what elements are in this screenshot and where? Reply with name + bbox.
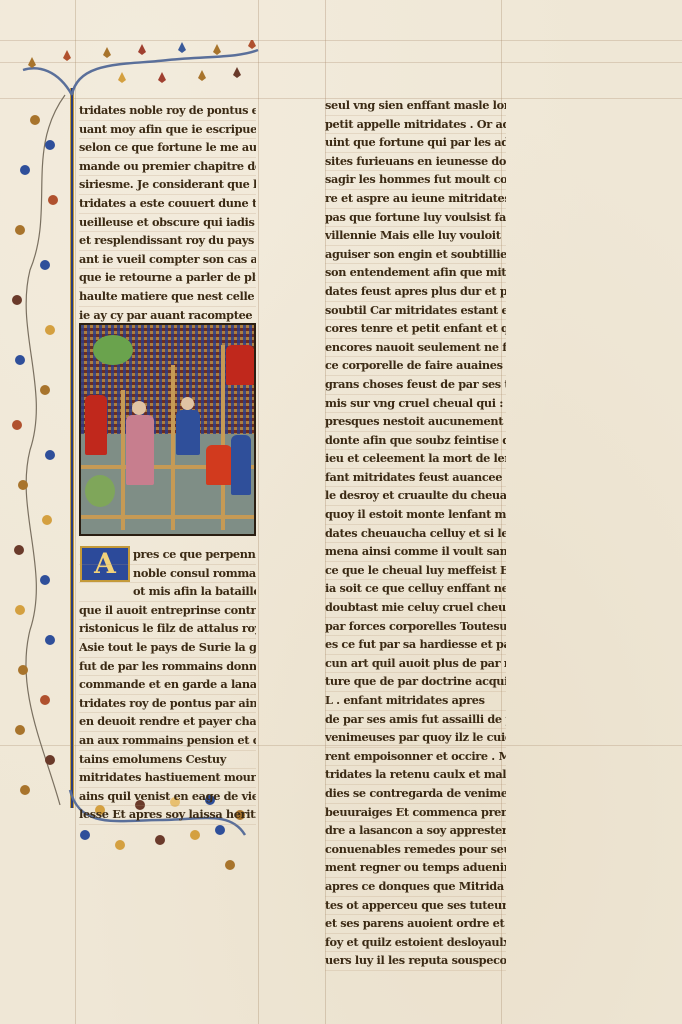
text-line: cun art quil auoit plus de par na: [325, 655, 506, 674]
shrub: [85, 475, 115, 507]
text-line: ce que le cheual luy meffeist Et: [325, 562, 506, 581]
text-line: dates cheuaucha celluy et si le de: [325, 525, 506, 544]
text-line: re et aspre au ieune mitridates No: [325, 190, 506, 209]
text-line: ristonicus le filz de attalus roy de: [79, 620, 256, 639]
figure-robed-man: [126, 415, 154, 485]
text-line: cores tenre et petit enfant et qui: [325, 320, 506, 339]
text-line: donte afin que soubz feintise de :: [325, 432, 506, 451]
text-line: an aux rommains pension et cer: [79, 732, 256, 751]
text-line: mis sur vng cruel cheual qui :: [325, 395, 506, 414]
text-line: ieu et celeement la mort de len: [325, 450, 506, 469]
text-line: de par ses amis fut assailli de poisons: [325, 711, 506, 730]
text-line: soubtil Car mitridates estant en: [325, 302, 506, 321]
text-line: fant mitridates feust auancee par: [325, 469, 506, 488]
text-line: uant moy afin que ie escripue son cas: [79, 121, 256, 140]
text-line: fut de par les rommains donnee en: [79, 658, 256, 677]
text-line: son entendement afin que mitri: [325, 264, 506, 283]
text-line: que ie retourne a parler de plus :: [79, 269, 256, 288]
text-line: selon ce que fortune le me auoit com: [79, 139, 256, 158]
figure-red-tunic: [226, 345, 254, 385]
text-line: presques nestoit aucunement ;: [325, 413, 506, 432]
text-line: haulte matiere que nest celle que: [79, 288, 256, 307]
text-line: ueilleuse et obscure qui iadis fut cler: [79, 214, 256, 233]
text-line: ia soit ce que celluy enffant ne :: [325, 580, 506, 599]
text-line: rent empoisonner et occire . Mi: [325, 748, 506, 767]
text-line: tains emolumens Cestuy: [79, 751, 256, 770]
text-line: mena ainsi comme il voult sans: [325, 543, 506, 562]
text-line: petit appelle mitridates . Or ad: [325, 116, 506, 135]
text-line: tridates la retenu caulx et mala: [325, 766, 506, 785]
text-line: conuenables remedes pour seure: [325, 841, 506, 860]
text-line: grans choses feust de par ses tutes: [325, 376, 506, 395]
text-line: aguiser son engin et soubtillier :: [325, 246, 506, 265]
palisade-post: [171, 365, 175, 530]
text-line: doubtast mie celuy cruel cheual: [325, 599, 506, 618]
text-line: ce corporelle de faire auaines !: [325, 357, 506, 376]
text-line: quoy il estoit monte lenfant mitri: [325, 506, 506, 525]
figure-head: [181, 397, 194, 410]
text-line: tridates roy de pontus par ainsi quil: [79, 695, 256, 714]
text-line: beuuraiges Et commenca prem: [325, 804, 506, 823]
text-line: Asie tout le pays de Surie la grant: [79, 639, 256, 658]
miniature-painting: [79, 323, 256, 536]
text-line: mitridates hastiuement mourut: [79, 769, 256, 788]
text-line: dates feust apres plus dur et plus: [325, 283, 506, 302]
text-line: ot mis afin la bataille: [79, 583, 256, 602]
text-line: dre a lasancon a soy apprester par: [325, 822, 506, 841]
text-line: mande ou premier chapitre de cellui: [79, 158, 256, 177]
figure-head: [132, 401, 146, 415]
text-line: uers luy il les reputa souspecon: [325, 952, 506, 971]
text-line: sagir les hommes fut moult contrai: [325, 171, 506, 190]
right-column-text: seul vng sien enffant masle lors mis pet…: [325, 97, 506, 971]
figure-blue-cloak: [231, 435, 251, 495]
ivy-border-left: [5, 90, 75, 810]
text-line: ant ie vueil compter son cas afin :: [79, 251, 256, 270]
text-line: ment regner ou temps aduenir: [325, 859, 506, 878]
text-line: tridates noble roy de pontus est venu de: [79, 102, 256, 121]
text-line: seul vng sien enffant masle lors mis: [325, 97, 506, 116]
text-line: dies se contregarda de venimeux: [325, 785, 506, 804]
text-line: en deuoit rendre et payer chascun :: [79, 713, 256, 732]
text-line: tes ot apperceu que ses tuteurs :: [325, 897, 506, 916]
text-line: commande et en garde a lanacien mi: [79, 676, 256, 695]
text-line: L . enfant mitridates apres: [325, 692, 506, 711]
figure-red-tunic: [206, 445, 232, 485]
text-line: pres ce que perpenna: [79, 546, 256, 565]
tree: [93, 335, 133, 365]
palisade-post: [221, 345, 225, 530]
text-line: pas que fortune luy voulsist faire: [325, 209, 506, 228]
text-line: sites furieuans en ieunesse doit as: [325, 153, 506, 172]
text-line: es ce fut par sa hardiesse et par au: [325, 636, 506, 655]
text-line: apres ce donques que Mitrida: [325, 878, 506, 897]
text-line: encores nauoit seulement ne for: [325, 339, 506, 358]
text-line: noble consul rommai: [79, 565, 256, 584]
manuscript-page: tridates noble roy de pontus est venu de…: [0, 0, 682, 1024]
text-line: et ses parens auoient ordre et male: [325, 915, 506, 934]
text-line: par forces corporelles Toutesuoy: [325, 618, 506, 637]
text-line: lesse Et apres soy laissa heritier: [79, 806, 256, 825]
text-line: ture que de par doctrine acquise .: [325, 673, 506, 692]
text-line: uint que fortune qui par les aduer: [325, 134, 506, 153]
figure-king: [176, 410, 200, 455]
text-line: ains quil venist en eage de vieil: [79, 788, 256, 807]
text-line: venimeuses par quoy ilz le cuide: [325, 729, 506, 748]
text-line: tridates a este couuert dune tres mer: [79, 195, 256, 214]
text-line: foy et quilz estoient desloyaulx en: [325, 934, 506, 953]
text-line: villennie Mais elle luy vouloit: [325, 227, 506, 246]
figure-red-tunic: [85, 395, 107, 455]
palisade-rail: [81, 515, 256, 519]
text-line: que il auoit entreprinse contre a: [79, 602, 256, 621]
text-line: et resplendissant roy du pays de ou: [79, 232, 256, 251]
text-line: le desroy et cruaulte du cheual sur: [325, 487, 506, 506]
palisade-post: [121, 390, 125, 530]
text-line: siriesme. Je considerant que ledit me: [79, 176, 256, 195]
left-column-bottom-text: pres ce que perpenna noble consul rommai…: [79, 546, 256, 825]
